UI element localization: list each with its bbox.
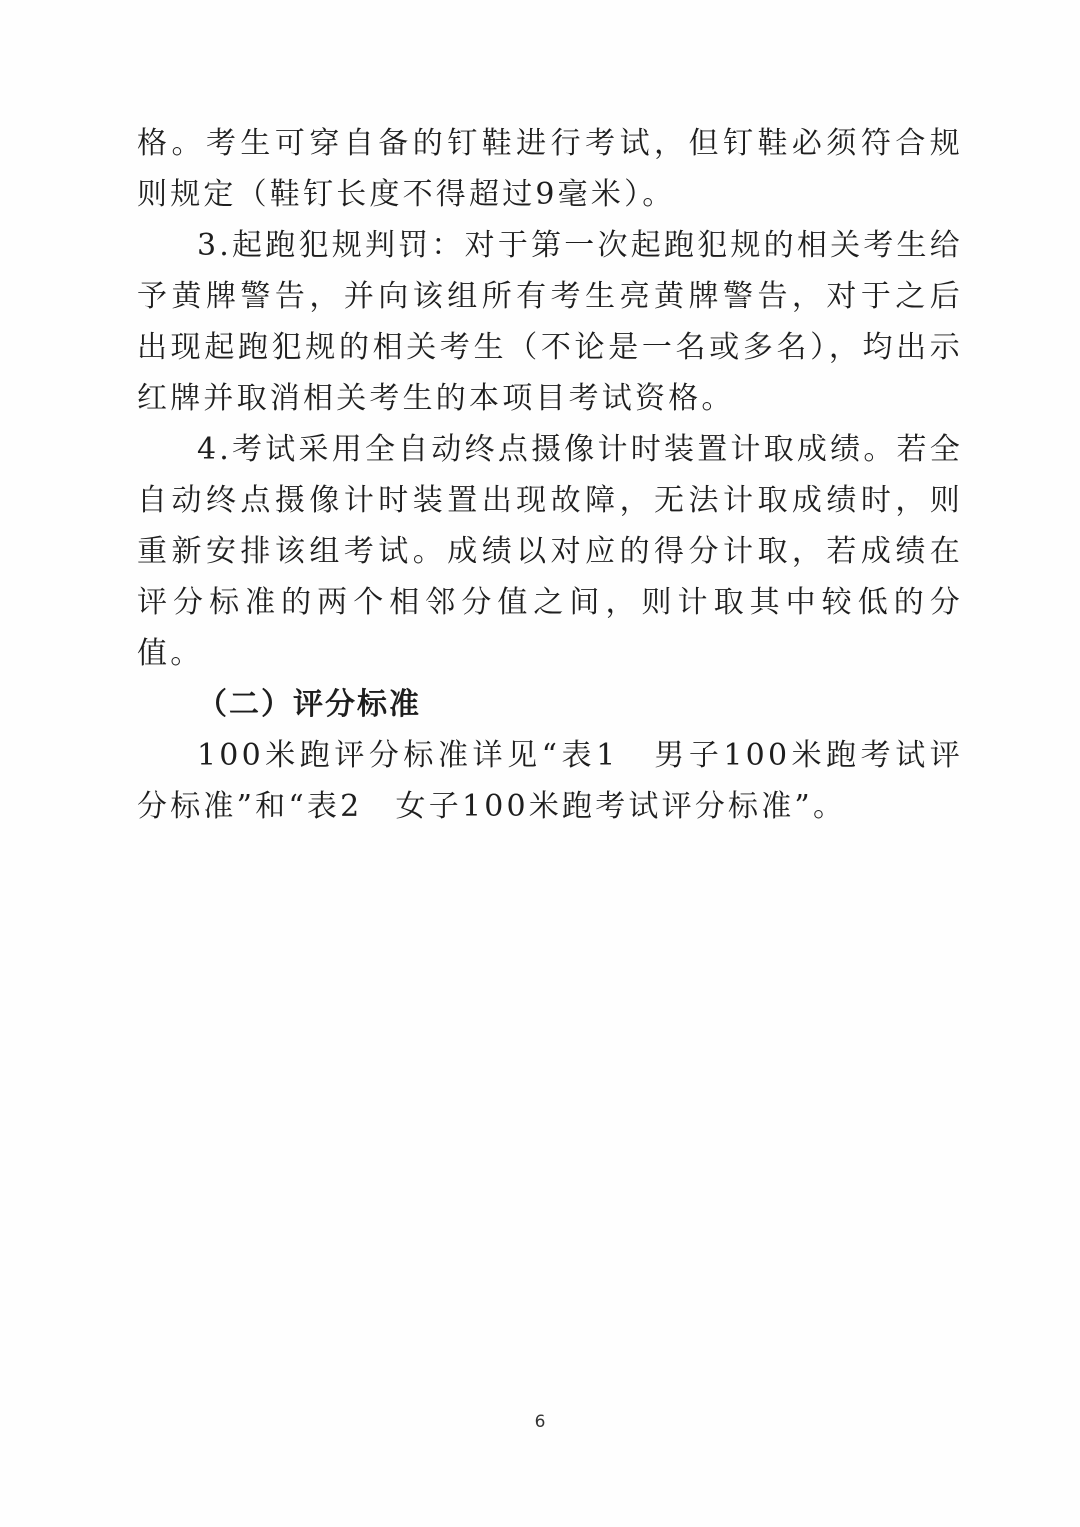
section-heading-scoring-standards: （二）评分标准 — [137, 679, 963, 730]
paragraph-continued: 格。考生可穿自备的钉鞋进行考试，但钉鞋必须符合规则规定（鞋钉长度不得超过9毫米）… — [137, 118, 963, 220]
document-body: 格。考生可穿自备的钉鞋进行考试，但钉鞋必须符合规则规定（鞋钉长度不得超过9毫米）… — [137, 118, 963, 832]
page-number: 6 — [0, 1412, 1080, 1432]
document-page: 格。考生可穿自备的钉鞋进行考试，但钉鞋必须符合规则规定（鞋钉长度不得超过9毫米）… — [0, 0, 1080, 1527]
paragraph-false-start-rule: 3.起跑犯规判罚：对于第一次起跑犯规的相关考生给予黄牌警告，并向该组所有考生亮黄… — [137, 220, 963, 424]
paragraph-scoring-reference: 100米跑评分标准详见“表1 男子100米跑考试评分标准”和“表2 女子100米… — [137, 730, 963, 832]
paragraph-timing-rule: 4.考试采用全自动终点摄像计时装置计取成绩。若全自动终点摄像计时装置出现故障，无… — [137, 424, 963, 679]
